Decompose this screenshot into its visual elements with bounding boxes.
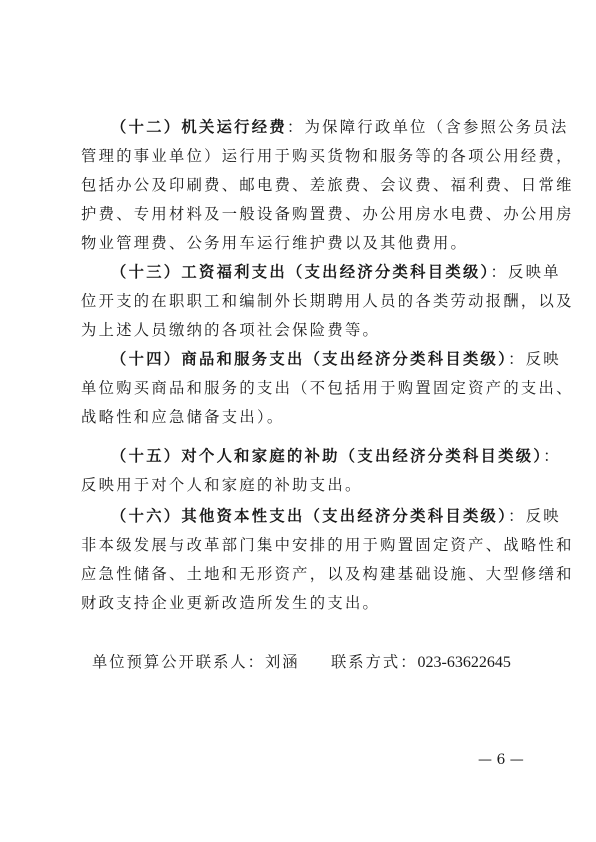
contact-phone-number: 023-63622645 <box>418 654 511 671</box>
section-15-line-1: （十五）对个人和家庭的补助（支出经济分类科目类级）： <box>111 446 515 466</box>
section-13-heading: （十三）工资福利支出（支出经济分类科目类级） <box>111 263 490 281</box>
section-14-heading: （十四）商品和服务支出（支出经济分类科目类级） <box>111 350 508 368</box>
document-page: （十二）机关运行经费：为保障行政单位（含参照公务员法 管理的事业单位）运行用于购… <box>0 0 596 842</box>
page-number: — 6 — <box>478 751 524 769</box>
contact-person-name: 刘涵 <box>265 653 300 671</box>
section-13-line-1: （十三）工资福利支出（支出经济分类科目类级）：反映单 <box>111 262 515 282</box>
section-12-heading: （十二）机关运行经费 <box>111 118 287 136</box>
section-14-line-2: 单位购买商品和服务的支出（不包括用于购置固定资产的支出、 <box>81 378 515 398</box>
section-13-line-3: 为上述人员缴纳的各项社会保险费等。 <box>81 320 515 340</box>
section-14-line-3: 战略性和应急储备支出）。 <box>81 407 515 427</box>
section-15-heading: （十五）对个人和家庭的补助（支出经济分类科目类级） <box>111 447 543 465</box>
contact-phone-label: 联系方式： <box>331 653 418 671</box>
section-16-line-2: 非本级发展与改革部门集中安排的用于购置固定资产、战略性和 <box>81 535 515 555</box>
section-12-line-4: 护费、专用材料及一般设备购置费、办公用房水电费、办公用房 <box>81 204 515 224</box>
contact-person-label: 单位预算公开联系人： <box>92 653 265 671</box>
contact-phone: 联系方式：023-63622645 <box>331 652 511 673</box>
section-16-heading: （十六）其他资本性支出（支出经济分类科目类级） <box>111 507 508 525</box>
section-14-line-1: （十四）商品和服务支出（支出经济分类科目类级）：反映 <box>111 349 515 369</box>
section-13-line-2: 位开支的在职职工和编制外长期聘用人员的各类劳动报酬，以及 <box>81 291 515 311</box>
section-16-line-4: 财政支持企业更新改造所发生的支出。 <box>81 593 515 613</box>
section-12-line-1: （十二）机关运行经费：为保障行政单位（含参照公务员法 <box>111 117 515 137</box>
section-12-line-3: 包括办公及印刷费、邮电费、差旅费、会议费、福利费、日常维 <box>81 175 515 195</box>
section-16-line-3: 应急性储备、土地和无形资产，以及构建基础设施、大型修缮和 <box>81 564 515 584</box>
section-15-line-2: 反映用于对个人和家庭的补助支出。 <box>81 475 515 495</box>
section-12-line-2: 管理的事业单位）运行用于购买货物和服务等的各项公用经费， <box>81 146 515 166</box>
section-16-line-1: （十六）其他资本性支出（支出经济分类科目类级）：反映 <box>111 506 515 526</box>
contact-person: 单位预算公开联系人：刘涵 <box>92 652 300 672</box>
section-12-line-5: 物业管理费、公务用车运行维护费以及其他费用。 <box>81 233 515 253</box>
